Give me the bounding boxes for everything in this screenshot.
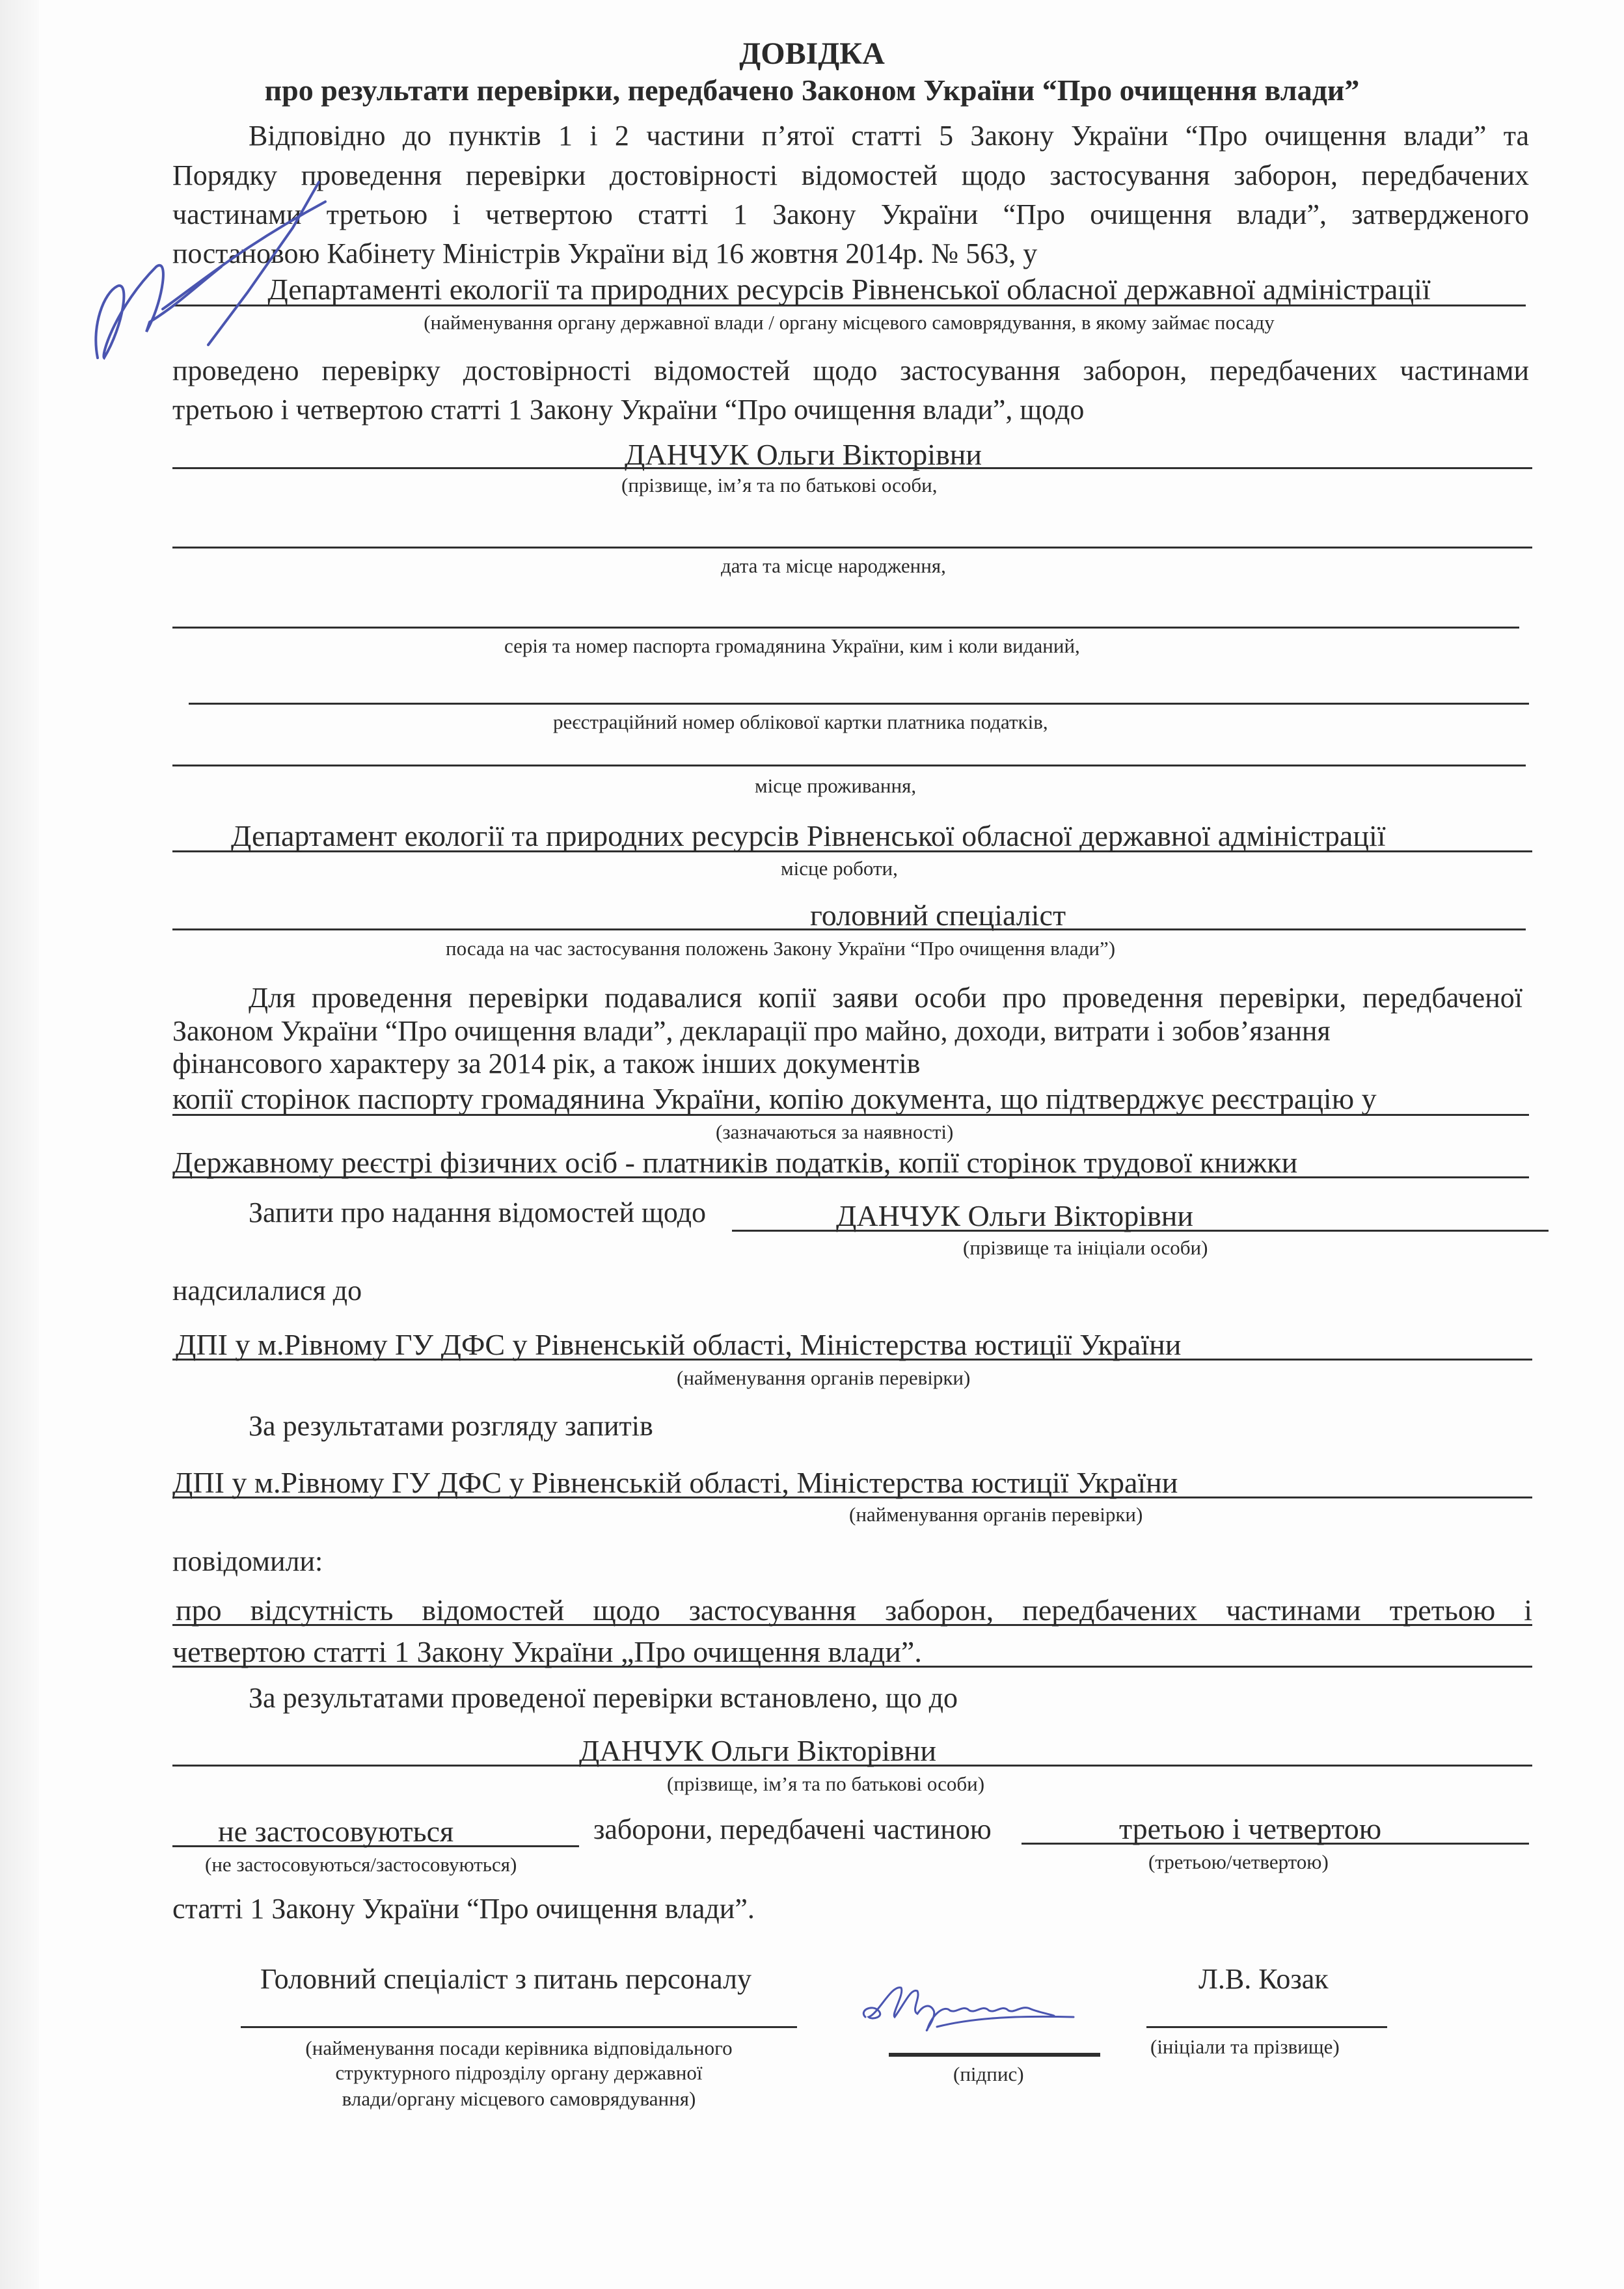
- result-subject-caption: (прізвище, ім’я та по батькові особи): [667, 1772, 984, 1796]
- result-middle-text: заборони, передбачені частиною: [593, 1815, 992, 1844]
- margin-signature-icon: [78, 195, 351, 390]
- authority-caption: (найменування органу державної влади / о…: [172, 311, 1526, 334]
- review-label: За результатами розгляду запитів: [249, 1412, 653, 1441]
- intro-line-3: частинами третьою і четвертою статті 1 З…: [172, 200, 1529, 229]
- check-line-2: третьою і четвертою статті 1 Закону Укра…: [172, 396, 1084, 424]
- result-subject: ДАНЧУК Ольги Вікторівни: [579, 1733, 936, 1768]
- workplace-caption: місце роботи,: [781, 857, 898, 880]
- signer-name-caption: (ініціали та прізвище): [1150, 2035, 1340, 2059]
- review-agencies: ДПІ у м.Рівному ГУ ДФС у Рівненській обл…: [172, 1465, 1178, 1500]
- signer-name: Л.В. Козак: [1198, 1965, 1329, 1994]
- sent-to-label: надсилалися до: [172, 1277, 362, 1305]
- residence-underline: [172, 765, 1526, 766]
- other-docs-line-2: Державному реєстрі фізичних осіб - платн…: [172, 1145, 1297, 1180]
- intro-line-2: Порядку проведення перевірки достовірнос…: [172, 161, 1529, 190]
- review-agencies-caption: (найменування органів перевірки): [849, 1503, 1143, 1526]
- passport-underline: [172, 627, 1519, 629]
- signature-caption: (підпис): [953, 2063, 1024, 2086]
- authority-value: Департаменті екології та природних ресур…: [172, 272, 1526, 306]
- signer-position: Головний спеціаліст з питань персоналу: [260, 1965, 751, 1994]
- person-full-name: ДАНЧУК Ольги Вікторівни: [625, 437, 982, 472]
- requests-agencies: ДПІ у м.Рівному ГУ ДФС у Рівненській обл…: [176, 1327, 1181, 1362]
- signer-position-caption-1: (найменування посади керівника відповіда…: [241, 2035, 797, 2061]
- reported-line-2: четвертою статті 1 Закону України „Про о…: [172, 1634, 922, 1669]
- result-parts-caption: (третьою/четвертою): [1148, 1850, 1329, 1874]
- result-applied-caption: (не застосовуються/застосовуються): [205, 1853, 517, 1876]
- check-line-1: проведено перевірку достовірності відомо…: [172, 357, 1529, 385]
- passport-caption: серія та номер паспорта громадянина Укра…: [504, 634, 1080, 658]
- signer-position-caption-2: структурного підрозділу органу державної: [241, 2061, 797, 2085]
- result-parts: третьою і четвертою: [1119, 1811, 1381, 1846]
- requests-subject: ДАНЧУК Ольги Вікторівни: [836, 1199, 1193, 1233]
- residence-caption: місце проживання,: [755, 774, 916, 798]
- signer-name-underline: [1146, 2026, 1387, 2028]
- other-docs-caption: (зазначаються за наявності): [716, 1120, 953, 1144]
- result-applied: не застосовуються: [218, 1814, 453, 1849]
- signature-underline: [889, 2053, 1100, 2057]
- requests-subject-caption: (прізвище та ініціали особи): [963, 1236, 1208, 1260]
- position-caption: посада на час застосування положень Зако…: [446, 937, 1115, 960]
- handwritten-signature-icon: [859, 1978, 1106, 2043]
- full-name-caption: (прізвище, ім’я та по батькові особи,: [621, 474, 938, 497]
- document-title: ДОВІДКА: [0, 36, 1624, 72]
- requests-label: Запити про надання відомостей щодо: [249, 1199, 706, 1227]
- person-position: головний спеціаліст: [810, 898, 1066, 932]
- documents-line-2: Законом України “Про очищення влади”, де…: [172, 1017, 1331, 1046]
- result-closing: статті 1 Закону України “Про очищення вл…: [172, 1895, 755, 1923]
- signer-position-caption-3: влади/органу місцевого самоврядування): [241, 2087, 797, 2111]
- birth-underline: [172, 547, 1532, 549]
- birth-caption: дата та місце народження,: [721, 554, 946, 578]
- result-label: За результатами проведеної перевірки вст…: [249, 1684, 958, 1713]
- tax-id-caption: реєстраційний номер облікової картки пла…: [553, 711, 1048, 734]
- reported-label: повідомили:: [172, 1547, 323, 1576]
- tax-id-underline: [189, 703, 1529, 705]
- documents-line-3: фінансового характеру за 2014 рік, а так…: [172, 1050, 920, 1078]
- scan-edge-shadow: [0, 0, 39, 2289]
- intro-line-1: Відповідно до пунктів 1 і 2 частини п’ят…: [249, 122, 1529, 150]
- document-subtitle: про результати перевірки, передбачено За…: [0, 73, 1624, 107]
- documents-line-1: Для проведення перевірки подавалися копі…: [249, 984, 1522, 1012]
- other-docs-line-1: копії сторінок паспорту громадянина Укра…: [172, 1081, 1377, 1116]
- requests-agencies-caption: (найменування органів перевірки): [677, 1366, 970, 1390]
- signer-position-underline: [241, 2026, 797, 2028]
- person-workplace: Департамент екології та природних ресурс…: [231, 819, 1386, 853]
- reported-line-1: про відсутність відомостей щодо застосув…: [176, 1593, 1532, 1627]
